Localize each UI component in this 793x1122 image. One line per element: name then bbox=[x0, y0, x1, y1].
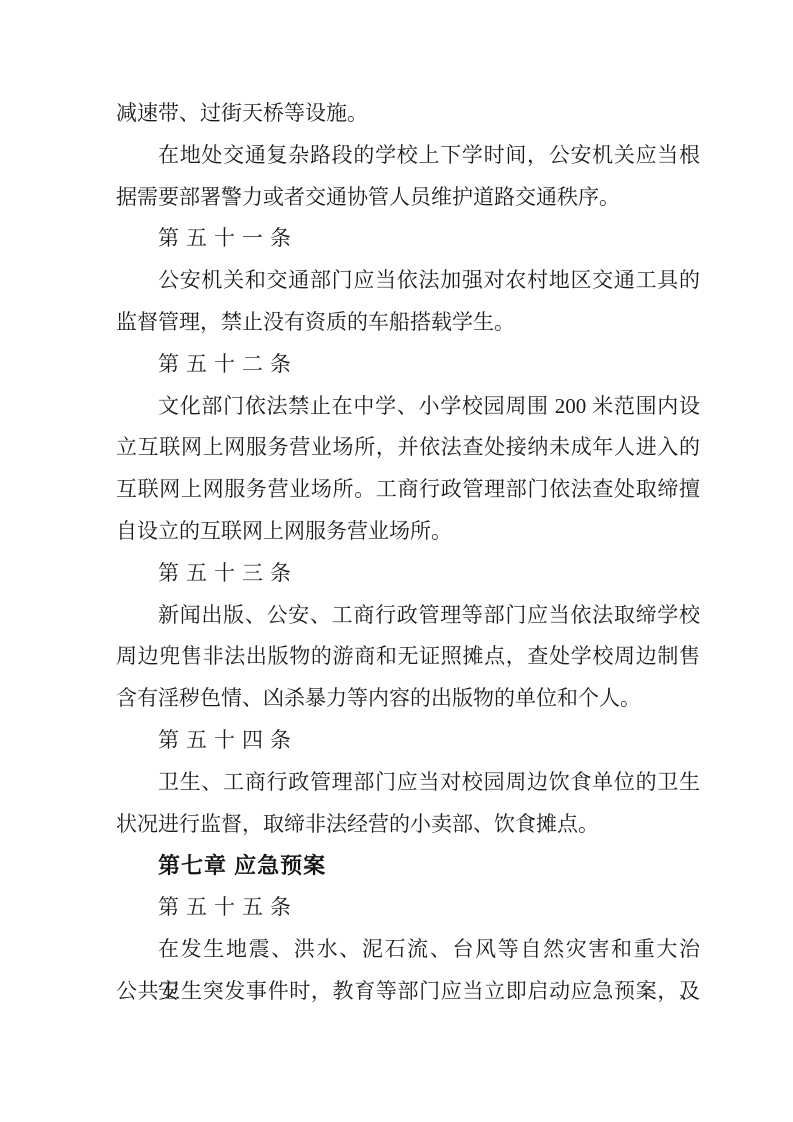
body-text-line: 据需要部署警力或者交通协管人员维护道路交通秩序。 bbox=[116, 177, 700, 219]
document-page: 减速带、过街天桥等设施。在地处交通复杂路段的学校上下学时间，公安机关应当根据需要… bbox=[0, 0, 793, 1122]
body-text-line: 互联网上网服务营业场所。工商行政管理部门依法查处取缔擅 bbox=[116, 469, 700, 511]
body-text-line: 自设立的互联网上网服务营业场所。 bbox=[116, 511, 700, 553]
document-text-block: 减速带、过街天桥等设施。在地处交通复杂路段的学校上下学时间，公安机关应当根据需要… bbox=[116, 93, 700, 1013]
body-text-line: 减速带、过街天桥等设施。 bbox=[116, 93, 700, 135]
body-text-line: 监督管理，禁止没有资质的车船搭载学生。 bbox=[116, 302, 700, 344]
body-text-line: 周边兜售非法出版物的游商和无证照摊点，查处学校周边制售 bbox=[116, 636, 700, 678]
body-text-line: 含有淫秽色情、凶杀暴力等内容的出版物的单位和个人。 bbox=[116, 678, 700, 720]
article-number-heading: 第五十二条 bbox=[116, 344, 700, 386]
body-text-line: 在地处交通复杂路段的学校上下学时间，公安机关应当根 bbox=[116, 135, 700, 177]
article-number-heading: 第五十四条 bbox=[116, 720, 700, 762]
body-text-line: 文化部门依法禁止在中学、小学校园周围 200 米范围内设 bbox=[116, 386, 700, 428]
body-text-line: 公共卫生突发事件时，教育等部门应当立即启动应急预案，及 bbox=[116, 971, 700, 1013]
body-text-line: 新闻出版、公安、工商行政管理等部门应当依法取缔学校 bbox=[116, 595, 700, 637]
chapter-heading: 第七章 应急预案 bbox=[116, 845, 700, 887]
body-text-line: 立互联网上网服务营业场所，并依法查处接纳未成年人进入的 bbox=[116, 427, 700, 469]
article-number-heading: 第五十一条 bbox=[116, 218, 700, 260]
article-number-heading: 第五十五条 bbox=[116, 887, 700, 929]
body-text-line: 状况进行监督，取缔非法经营的小卖部、饮食摊点。 bbox=[116, 804, 700, 846]
body-text-line: 公安机关和交通部门应当依法加强对农村地区交通工具的 bbox=[116, 260, 700, 302]
body-text-line: 卫生、工商行政管理部门应当对校园周边饮食单位的卫生 bbox=[116, 762, 700, 804]
article-number-heading: 第五十三条 bbox=[116, 553, 700, 595]
body-text-line: 在发生地震、洪水、泥石流、台风等自然灾害和重大治安、 bbox=[116, 929, 700, 971]
